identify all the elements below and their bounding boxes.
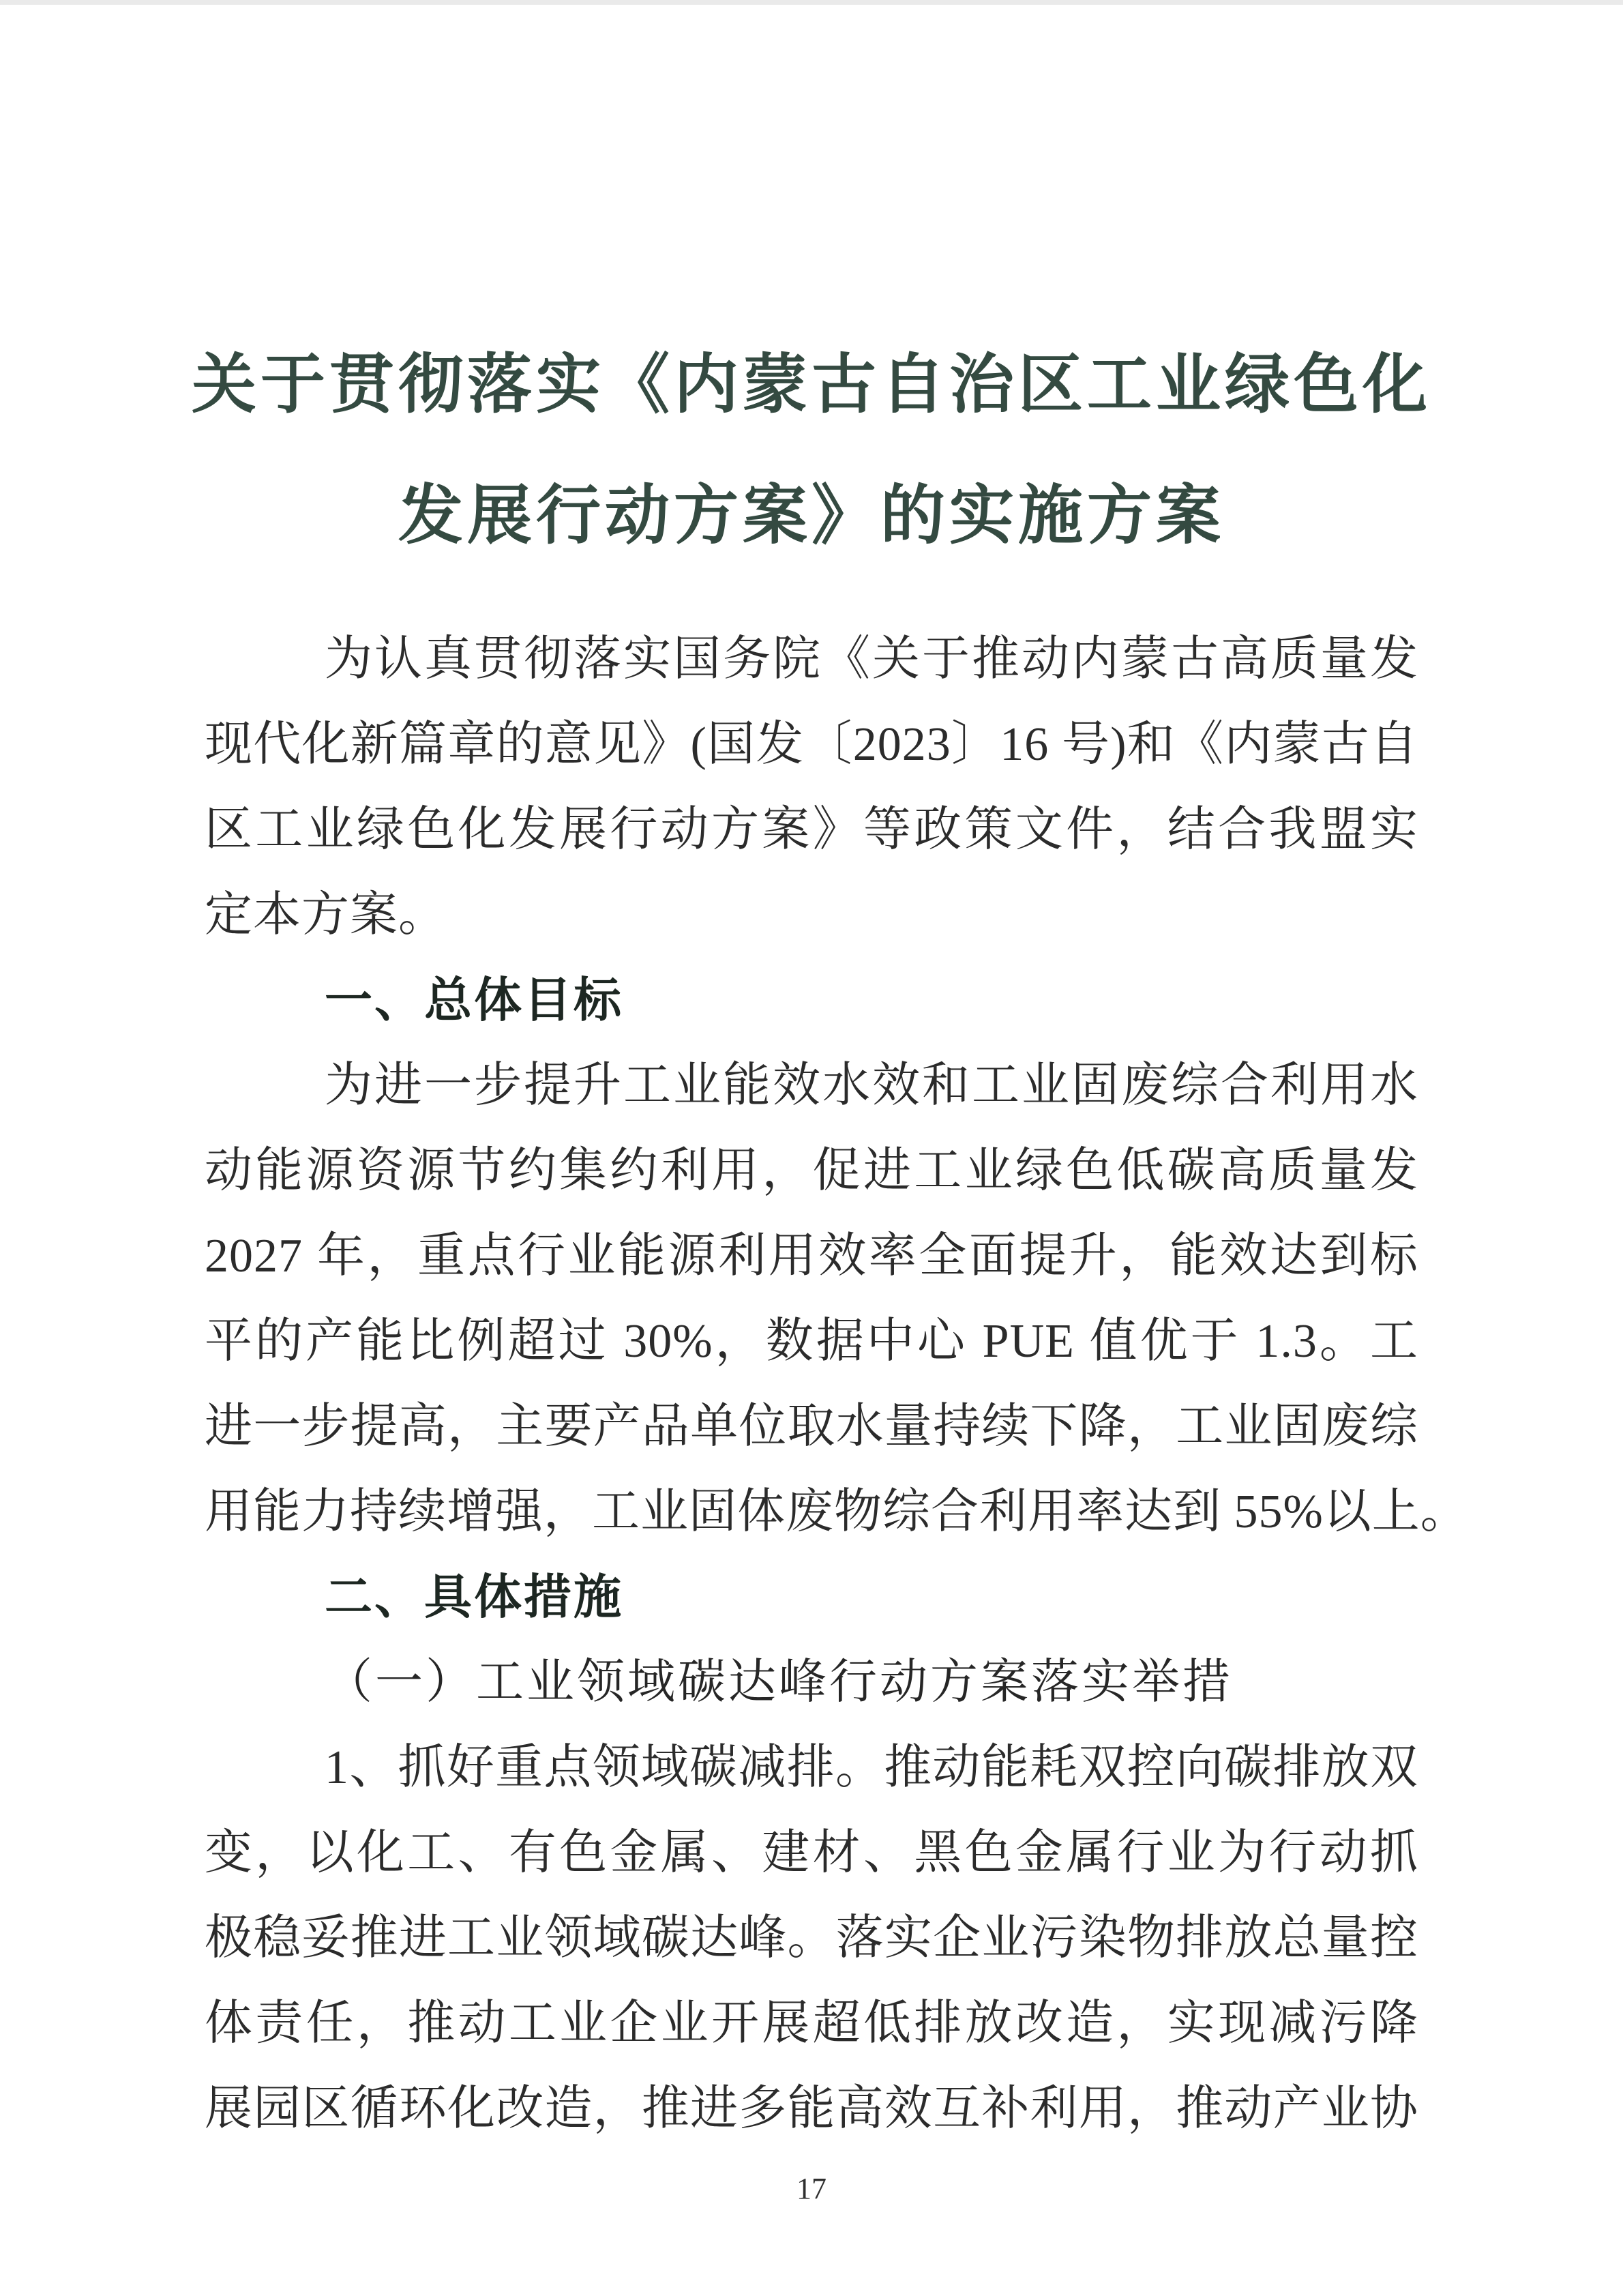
document-body: 为认真贯彻落实国务院《关于推动内蒙古高质量发中国式现代化新篇章的意见》(国发〔2… bbox=[205, 617, 1418, 2151]
heading-specific-measures: 二、具体措施 bbox=[205, 1555, 1418, 1640]
text-line: （一）工业领域碳达峰行动方案落实举措 bbox=[205, 1640, 1418, 1725]
text-line: 平的产能比例超过 30%，数据中心 PUE 值优于 1.3。工业水效 bbox=[205, 1299, 1418, 1384]
text-line: 为认真贯彻落实国务院《关于推动内蒙古高质量发中国式 bbox=[205, 617, 1418, 702]
subheading-carbon-peak: （一）工业领域碳达峰行动方案落实举措 bbox=[205, 1640, 1418, 1725]
para-measure-1: 1、抓好重点领域碳减排。推动能耗双控向碳排放双控转变，以化工、有色金属、建材、黑… bbox=[205, 1725, 1418, 2151]
text-line: 极稳妥推进工业领域碳达峰。落实企业污染物排放总量控制主 bbox=[205, 1896, 1418, 1981]
text-line: 2027 年，重点行业能源利用效率全面提升，能效达到标杆水 bbox=[205, 1213, 1418, 1299]
text-line: 区工业绿色化发展行动方案》等政策文件，结合我盟实际，制 bbox=[205, 787, 1418, 872]
text-line: 定本方案。 bbox=[205, 872, 1418, 958]
text-line: 1、抓好重点领域碳减排。推动能耗双控向碳排放双控转 bbox=[205, 1725, 1418, 1810]
text-line: 体责任，推动工业企业开展超低排放改造，实现减污降碳。开 bbox=[205, 1981, 1418, 2066]
text-line: 二、具体措施 bbox=[205, 1555, 1418, 1640]
page-number: 17 bbox=[0, 2171, 1623, 2206]
para-goals: 为进一步提升工业能效水效和工业固废综合利用水平，推动能源资源节约集约利用，促进工… bbox=[205, 1043, 1418, 1555]
text-line: 为进一步提升工业能效水效和工业固废综合利用水平，推 bbox=[205, 1043, 1418, 1128]
para-intro: 为认真贯彻落实国务院《关于推动内蒙古高质量发中国式现代化新篇章的意见》(国发〔2… bbox=[205, 617, 1418, 958]
document-title: 关于贯彻落实《内蒙古自治区工业绿色化 发展行动方案》的实施方案 bbox=[0, 0, 1623, 581]
title-line-2: 发展行动方案》的实施方案 bbox=[0, 450, 1623, 581]
text-line: 用能力持续增强，工业固体废物综合利用率达到 55%以上。 bbox=[205, 1469, 1418, 1555]
text-line: 展园区循环化改造，推进多能高效互补利用，推动产业协同低 bbox=[205, 2066, 1418, 2151]
document-page: 关于贯彻落实《内蒙古自治区工业绿色化 发展行动方案》的实施方案 为认真贯彻落实国… bbox=[0, 0, 1623, 2296]
text-line: 进一步提高，主要产品单位取水量持续下降，工业固废综合利 bbox=[205, 1384, 1418, 1469]
title-line-1: 关于贯彻落实《内蒙古自治区工业绿色化 bbox=[0, 319, 1623, 450]
text-line: 现代化新篇章的意见》(国发〔2023〕16 号)和《内蒙古自治 bbox=[205, 702, 1418, 787]
scan-edge-artifact bbox=[0, 0, 1623, 5]
text-line: 变，以化工、有色金属、建材、黑色金属行业为行动抓手，积 bbox=[205, 1810, 1418, 1896]
text-line: 动能源资源节约集约利用，促进工业绿色低碳高质量发展。到 bbox=[205, 1128, 1418, 1213]
text-line: 一、总体目标 bbox=[205, 958, 1418, 1043]
heading-overall-goals: 一、总体目标 bbox=[205, 958, 1418, 1043]
